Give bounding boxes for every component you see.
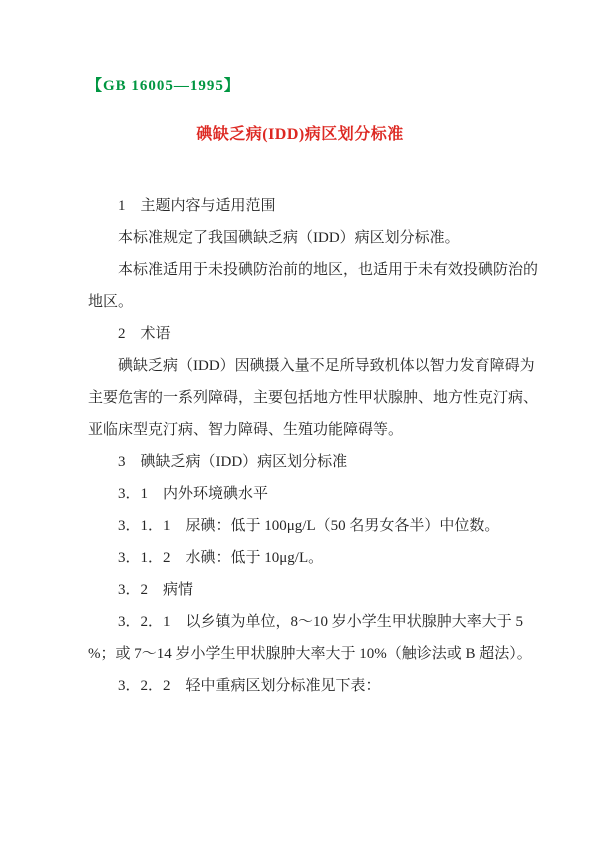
document-line: 3．1 内外环境碘水平: [88, 478, 516, 510]
document-line: 本标准适用于未投碘防治前的地区，也适用于未有效投碘防治的: [88, 254, 516, 286]
document-line: 3．2 病情: [88, 574, 516, 606]
document-line: 碘缺乏病（IDD）因碘摄入量不足所导致机体以智力发育障碍为: [88, 350, 516, 382]
document-title: 碘缺乏病(IDD)病区划分标准: [0, 121, 600, 144]
document-line: 主要危害的一系列障碍，主要包括地方性甲状腺肿、地方性克汀病、: [88, 382, 516, 414]
document-line: 亚临床型克汀病、智力障碍、生殖功能障碍等。: [88, 414, 516, 446]
document-line: 地区。: [88, 286, 516, 318]
document-line: 1 主题内容与适用范围: [88, 190, 516, 222]
document-line: 本标准规定了我国碘缺乏病（IDD）病区划分标准。: [88, 222, 516, 254]
document-line: 3．2．1 以乡镇为单位，8～10 岁小学生甲状腺肿大率大于 5: [88, 606, 516, 638]
standard-code-badge: 【GB 16005—1995】: [87, 74, 240, 95]
document-line: 3．1．2 水碘：低于 10μg/L。: [88, 542, 516, 574]
document-line: 3．1．1 尿碘：低于 100μg/L（50 名男女各半）中位数。: [88, 510, 516, 542]
document-line: 3 碘缺乏病（IDD）病区划分标准: [88, 446, 516, 478]
document-line: 2 术语: [88, 318, 516, 350]
document-page: 【GB 16005—1995】 碘缺乏病(IDD)病区划分标准 1 主题内容与适…: [0, 0, 600, 849]
document-line: 3．2．2 轻中重病区划分标准见下表：: [88, 670, 516, 702]
document-body: 1 主题内容与适用范围本标准规定了我国碘缺乏病（IDD）病区划分标准。本标准适用…: [88, 190, 516, 702]
document-line: %；或 7～14 岁小学生甲状腺肿大率大于 10%（触诊法或 B 超法）。: [88, 638, 516, 670]
